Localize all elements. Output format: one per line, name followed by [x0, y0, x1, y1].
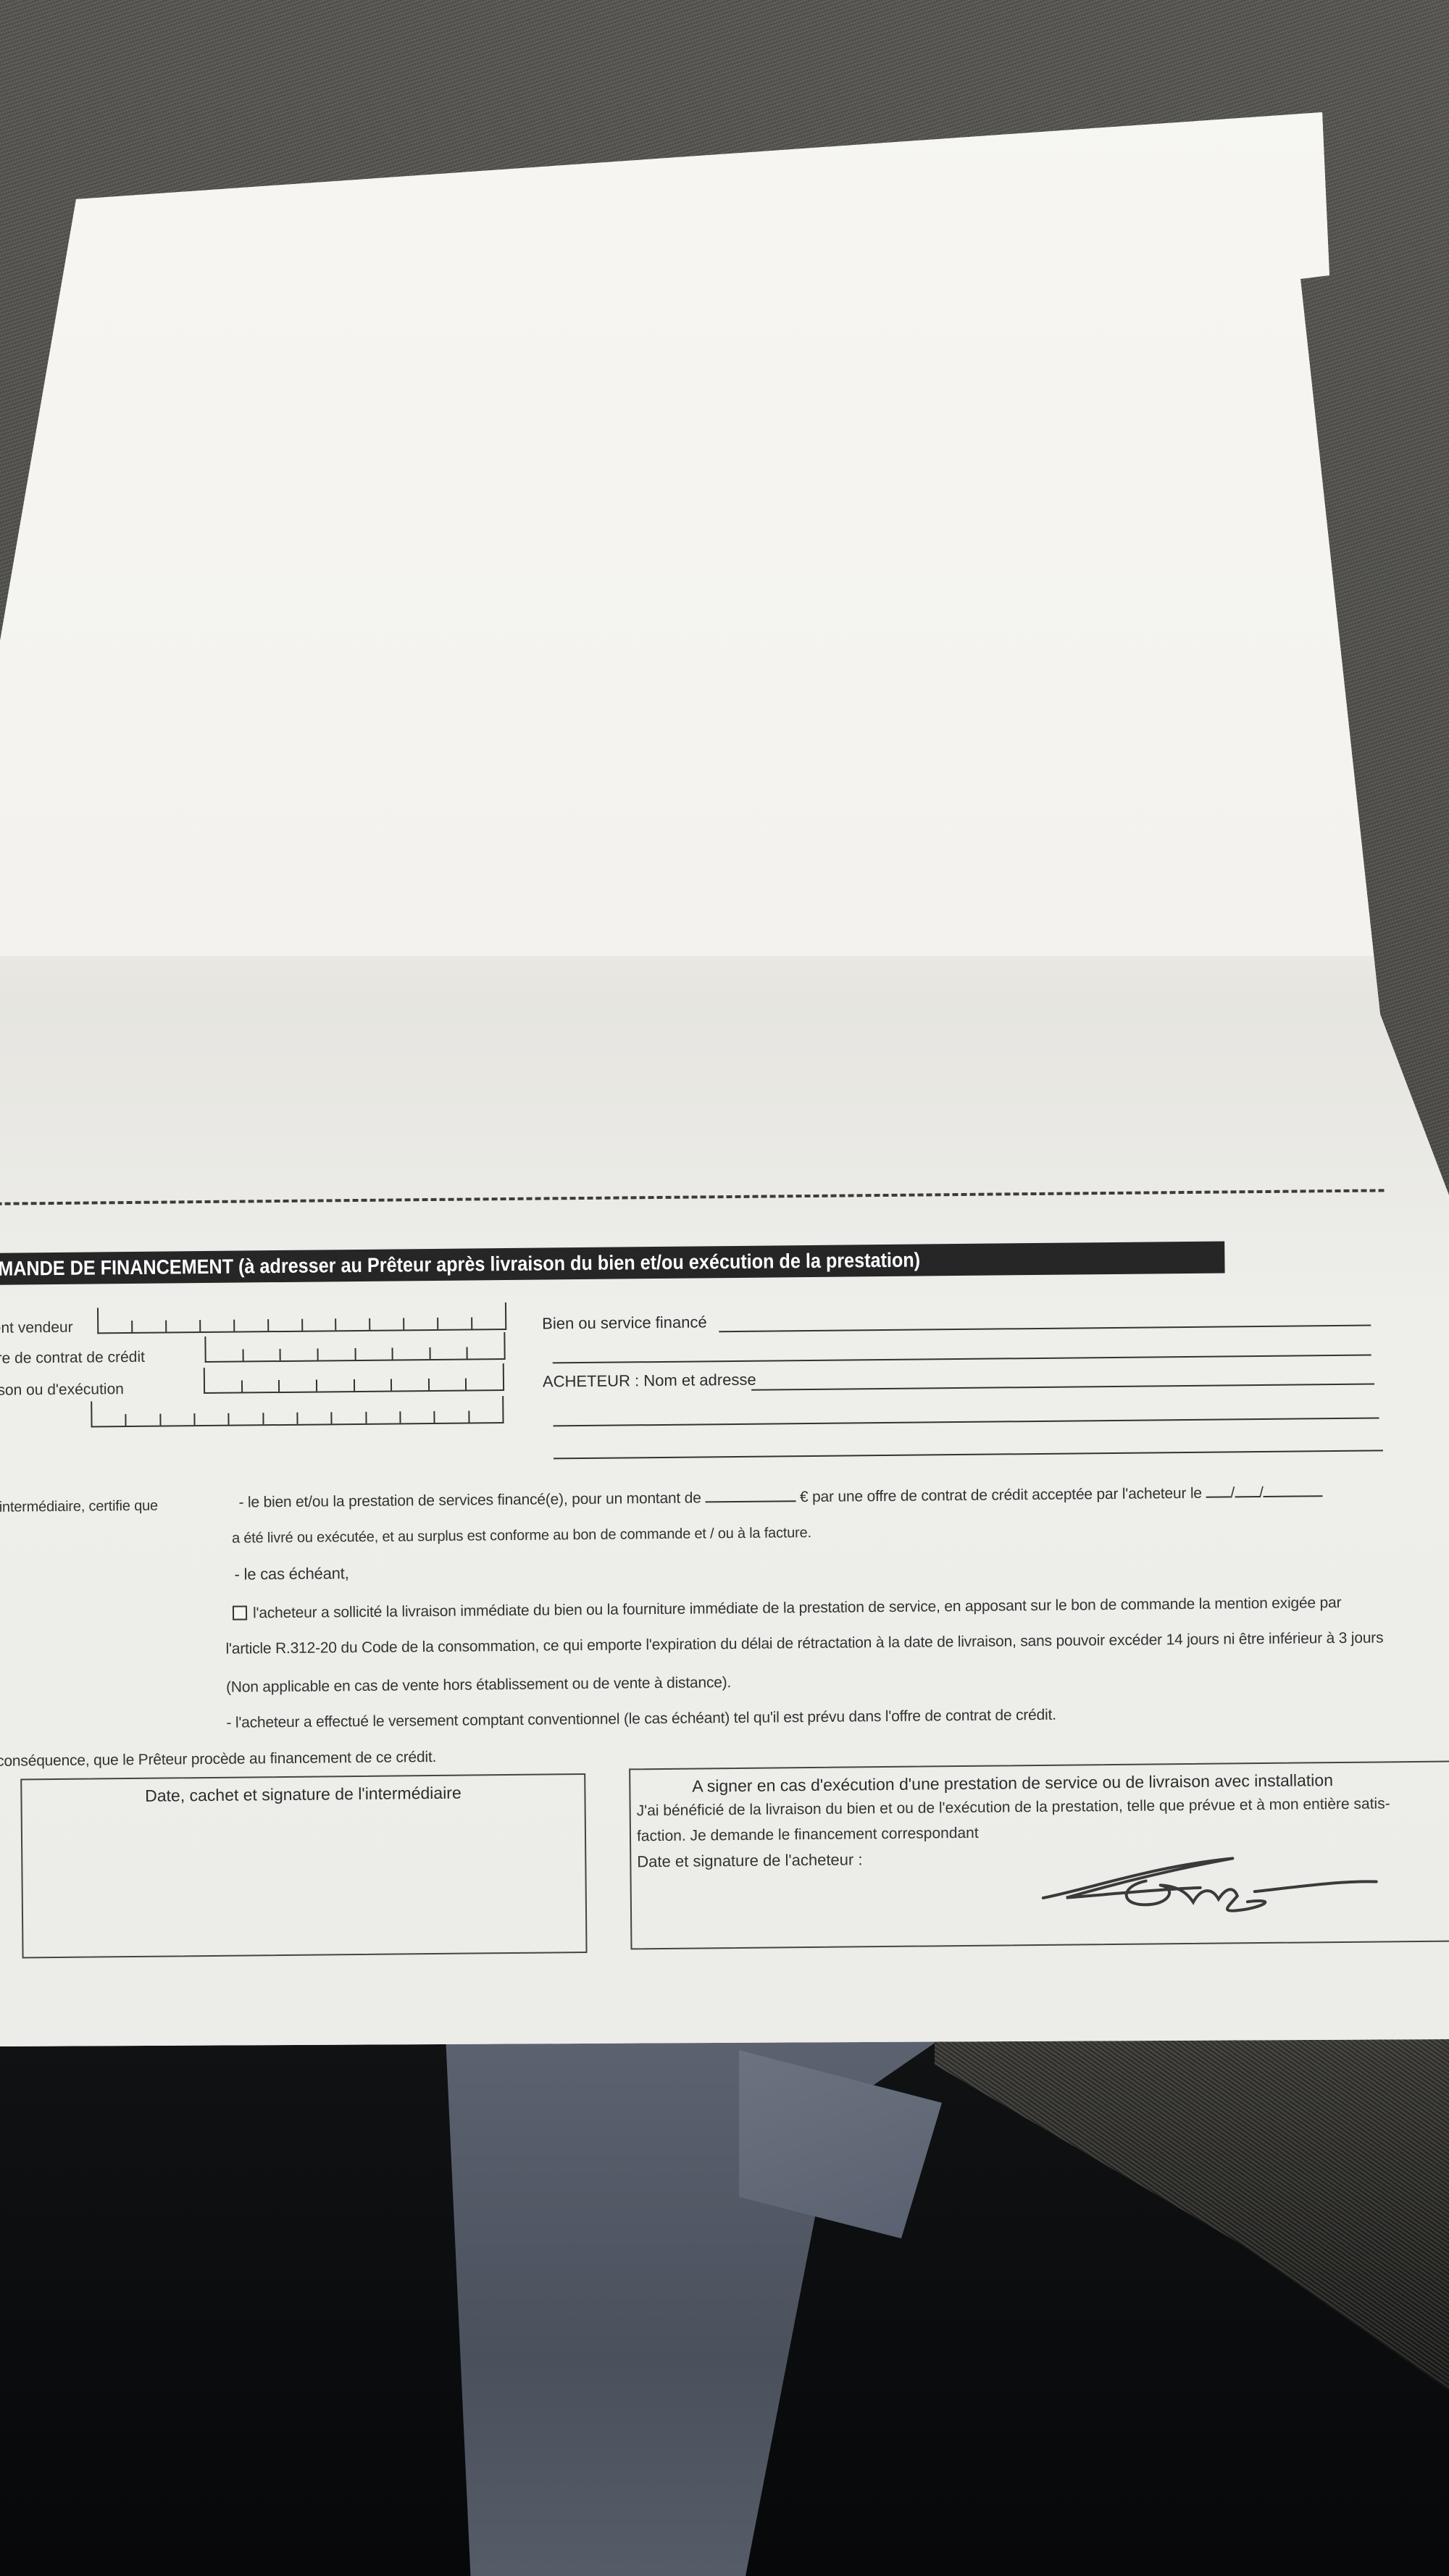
intermediary-signature-box[interactable]: Date, cachet et signature de l'intermédi… [20, 1773, 587, 1958]
char-cell [333, 1412, 367, 1423]
char-cell [468, 1332, 506, 1358]
char-cell [317, 1379, 355, 1391]
checkbox-line-2: l'article R.312-20 du Code de la consomm… [225, 1629, 1383, 1657]
char-cell [280, 1380, 317, 1392]
certification-line-4: - l'acheteur a effectué le versement com… [226, 1707, 1056, 1732]
char-cell [235, 1319, 269, 1331]
char-cell [435, 1411, 469, 1423]
field-label-offre-credit: offre de contrat de crédit [0, 1349, 145, 1368]
financing-request-form: EMANDE DE FINANCEMENT (à adresser au Prê… [0, 1145, 1449, 2028]
certification-line-1: - le bien et/ou la prestation de service… [238, 1484, 1322, 1511]
char-cell [303, 1318, 337, 1330]
char-cell [167, 1320, 201, 1331]
char-cell [430, 1379, 467, 1390]
form-title: EMANDE DE FINANCEMENT (à adresser au Prê… [0, 1241, 1225, 1284]
boxed-field-livraison[interactable] [204, 1365, 504, 1394]
checkbox-line-1: l'acheteur a sollicité la livraison immé… [233, 1594, 1342, 1623]
date-separator: / [1259, 1484, 1264, 1501]
char-cell [318, 1348, 356, 1360]
char-cell [99, 1321, 133, 1332]
acheteur-line-3[interactable] [554, 1450, 1383, 1459]
date-year-field[interactable] [1264, 1495, 1323, 1497]
certification-intro: é l'intermédiaire, certifie que [0, 1498, 158, 1516]
char-cell [133, 1321, 167, 1332]
field-label-vendeur: ment vendeur [0, 1319, 73, 1337]
acheteur-line-2[interactable] [554, 1417, 1379, 1426]
char-cell [371, 1318, 405, 1329]
char-cell [230, 1413, 264, 1424]
char-cell [337, 1318, 371, 1330]
char-cell [438, 1317, 472, 1329]
acheteur-label: ACHETEUR : Nom et adresse [543, 1371, 756, 1392]
char-cell [243, 1349, 281, 1360]
char-cell [161, 1413, 195, 1425]
char-cell [127, 1414, 161, 1426]
bien-service-line[interactable] [719, 1325, 1371, 1333]
char-cell [269, 1319, 303, 1331]
checkbox-text-1: l'acheteur a sollicité la livraison immé… [253, 1594, 1341, 1621]
char-cell [404, 1318, 438, 1329]
char-cell [205, 1381, 243, 1392]
char-cell [356, 1348, 393, 1360]
boxed-field-dossier[interactable] [91, 1397, 504, 1427]
acheteur-line[interactable] [751, 1384, 1374, 1391]
field-label-livraison: raison ou d'exécution [0, 1381, 124, 1400]
sheet-fold-crease [0, 956, 1449, 1000]
checkbox-line-3: (Non applicable en cas de vente hors éta… [226, 1674, 731, 1697]
buyer-signature-icon [1037, 1849, 1400, 1918]
char-cell [472, 1302, 506, 1329]
boxed-field-vendeur[interactable] [97, 1304, 506, 1334]
bien-service-label: Bien ou service financé [542, 1313, 707, 1333]
char-cell [401, 1411, 435, 1423]
intermediary-box-heading: Date, cachet et signature de l'intermédi… [22, 1782, 584, 1807]
char-cell [201, 1320, 235, 1331]
certification-line-2: a été livré ou exécutée, et au surplus e… [232, 1525, 811, 1547]
char-cell [298, 1412, 332, 1423]
montant-suffix: € par une offre de contrat de crédit acc… [800, 1485, 1202, 1505]
bien-service-line-2[interactable] [553, 1355, 1371, 1364]
char-cell [354, 1379, 392, 1391]
char-cell [393, 1347, 431, 1359]
char-cell [367, 1411, 401, 1423]
char-cell [92, 1414, 126, 1426]
certification-conclusion: n conséquence, que le Prêteur procède au… [0, 1749, 436, 1770]
char-cell [264, 1413, 298, 1424]
char-cell [281, 1349, 319, 1360]
char-cell [469, 1396, 504, 1422]
char-cell [243, 1380, 280, 1392]
date-month-field[interactable] [1235, 1496, 1259, 1497]
certification-line-3: - le cas échéant, [234, 1564, 348, 1584]
montant-prefix: - le bien et/ou la prestation de service… [238, 1489, 701, 1510]
char-cell [430, 1347, 468, 1359]
paper-sheet: EMANDE DE FINANCEMENT (à adresser au Prê… [0, 0, 1449, 2050]
date-day-field[interactable] [1206, 1496, 1231, 1497]
char-cell [195, 1413, 229, 1425]
montant-field[interactable] [705, 1500, 796, 1502]
char-cell [206, 1349, 244, 1360]
char-cell [392, 1379, 430, 1390]
char-cell [467, 1363, 504, 1389]
date-separator: / [1230, 1484, 1235, 1501]
boxed-field-offre-credit[interactable] [204, 1334, 505, 1363]
livraison-immediate-checkbox[interactable] [233, 1605, 247, 1620]
buyer-signature-box[interactable]: A signer en cas d'exécution d'une presta… [629, 1761, 1449, 1950]
cut-line [0, 1189, 1385, 1205]
